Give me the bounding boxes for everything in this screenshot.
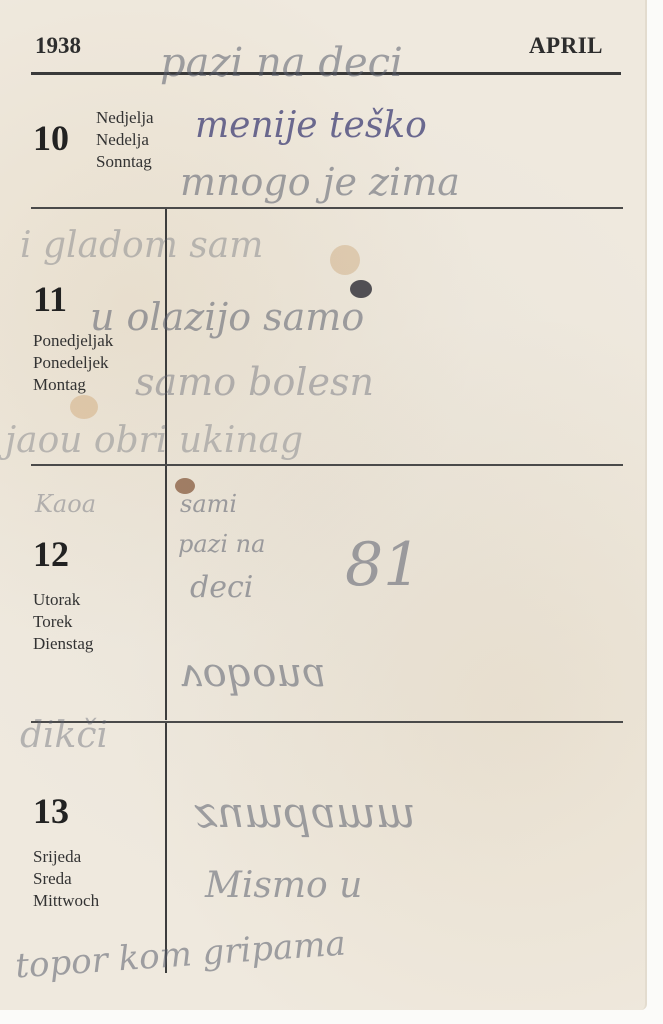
diary-page: 1938 APRIL 10 Nedjelja Nedelja Sonntag 1…	[0, 0, 647, 1010]
day-name: Mittwoch	[33, 890, 99, 912]
day-name: Sreda	[33, 868, 99, 890]
handwritten-text: dikči	[20, 715, 108, 756]
day-name: Nedjelja	[96, 107, 154, 129]
day-number: 12	[33, 533, 69, 575]
handwritten-text: jaou obri ukinag	[5, 420, 303, 461]
day-number: 11	[33, 278, 67, 320]
handwritten-text: vobona	[180, 655, 326, 701]
day-divider	[31, 464, 623, 466]
day-name: Montag	[33, 374, 113, 396]
day-name: Dienstag	[33, 633, 93, 655]
day-name: Srijeda	[33, 846, 99, 868]
day-name: Sonntag	[96, 151, 154, 173]
handwritten-text: samo bolesn	[135, 360, 374, 404]
day-number: 10	[33, 117, 69, 159]
handwritten-text: topor kom gripama	[14, 924, 347, 987]
stain	[70, 395, 98, 419]
handwritten-text: deci	[190, 570, 253, 605]
year: 1938	[35, 33, 81, 59]
day-names: Nedjelja Nedelja Sonntag	[96, 107, 154, 173]
day-names: Ponedjeljak Ponedeljek Montag	[33, 330, 113, 396]
handwritten-text: Kaoa	[35, 490, 96, 518]
handwritten-text: zumdamm	[195, 795, 416, 844]
handwritten-text: Mismo u	[205, 865, 362, 906]
handwritten-text: i gladom sam	[20, 225, 263, 266]
handwritten-text: 81	[345, 530, 421, 600]
day-divider	[31, 207, 623, 209]
day-number: 13	[33, 790, 69, 832]
handwritten-text: pazi na	[178, 530, 265, 558]
stain	[330, 245, 360, 275]
day-names: Srijeda Sreda Mittwoch	[33, 846, 99, 912]
handwritten-text: menije teško	[195, 105, 427, 146]
month: APRIL	[529, 33, 603, 59]
handwritten-text: pazi na deci	[160, 40, 403, 86]
day-name: Utorak	[33, 589, 93, 611]
day-name: Torek	[33, 611, 93, 633]
day-names: Utorak Torek Dienstag	[33, 589, 93, 655]
day-divider	[31, 721, 623, 723]
column-divider	[165, 466, 167, 720]
day-name: Ponedeljek	[33, 352, 113, 374]
handwritten-text: u olazijo samo	[90, 295, 364, 339]
handwritten-text: mnogo je zima	[180, 160, 460, 204]
day-name: Nedelja	[96, 129, 154, 151]
handwritten-text: sami	[180, 490, 237, 518]
